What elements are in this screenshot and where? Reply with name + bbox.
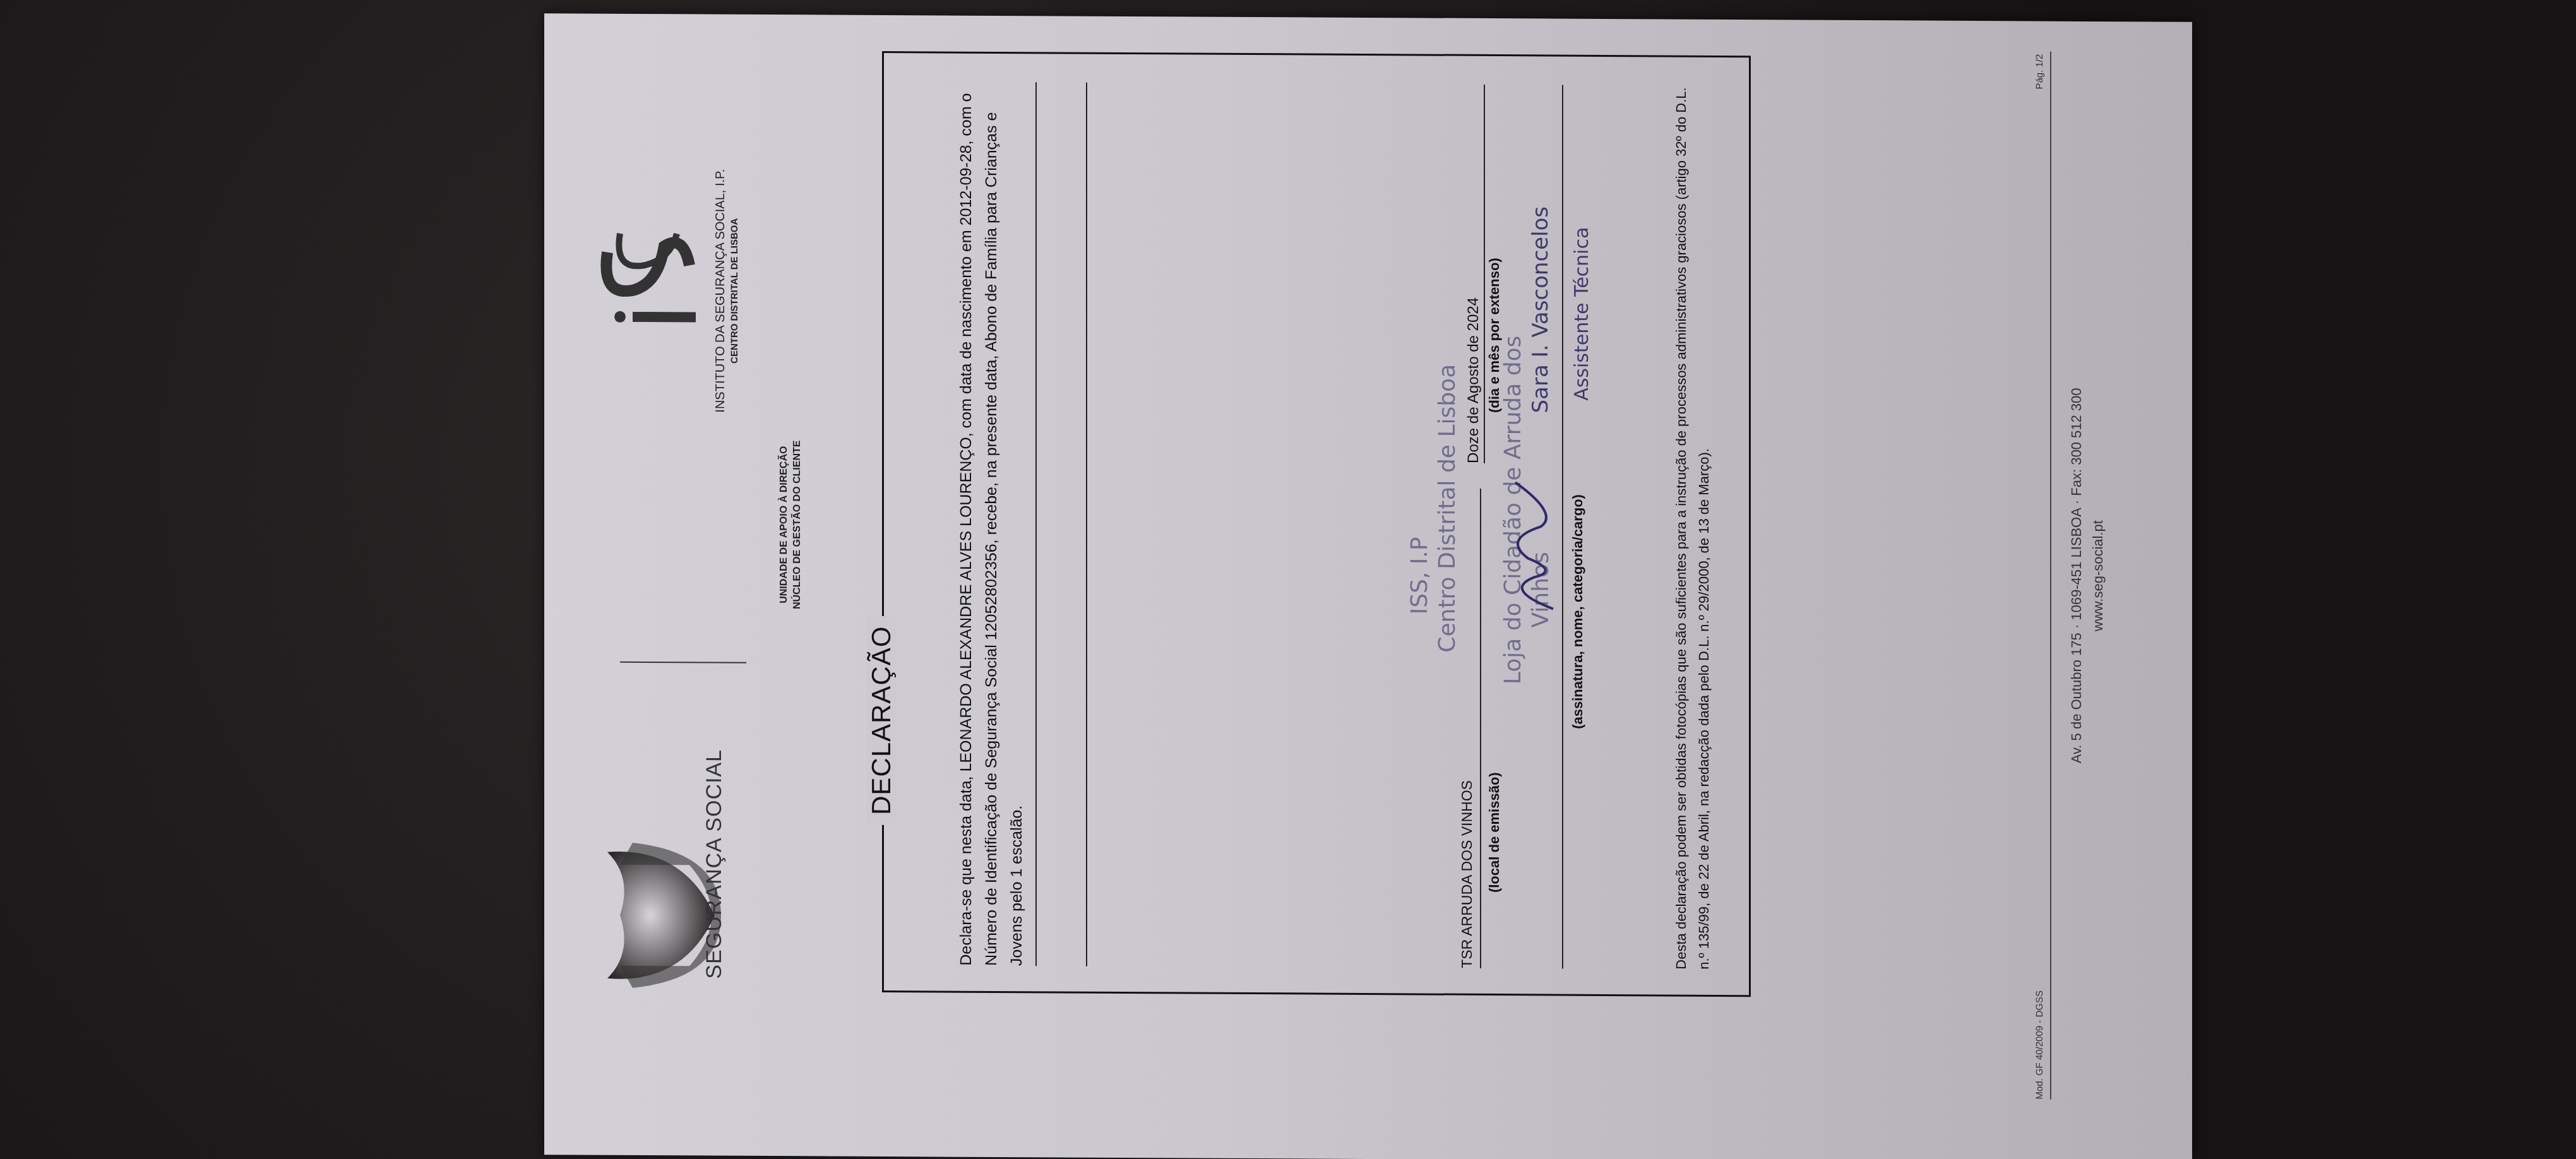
footer-address-block: Av. 5 de Outubro 175 · 1069-451 LISBOA ·… [2066,52,2109,1100]
institute-text: INSTITUTO DA SEGURANÇA SOCIAL, I.P. [713,169,727,413]
signatory-role: Assistente Técnica [1571,227,1593,401]
footer-website: www.seg-social.pt [2087,52,2109,1100]
stamp-line-1: ISS, I.P [1407,537,1433,614]
document-title: DECLARAÇÃO [866,615,897,825]
signature-icon [1490,476,1566,615]
declaration-frame: DECLARAÇÃO Declara-se que nesta data, LE… [882,51,1751,997]
issue-place-label: (local de emissão) [1486,772,1503,893]
unit-line-1: UNIDADE DE APOIO À DIREÇÃO [778,335,791,714]
brand-text: SEGURANÇA SOCIAL [702,749,727,979]
declaration-body: Declara-se que nesta data, LEONARDO ALEX… [953,82,1029,966]
blank-line [1086,83,1087,966]
unit-name: UNIDADE DE APOIO À DIREÇÃO NÚCLEO DE GES… [778,335,804,714]
paper-sheet: SEGURANÇA SOCIAL INSTITUTO DA SEGURANÇA … [544,13,2192,1159]
footer-divider [2050,52,2051,1100]
issue-place: TSR ARRUDA DOS VINHOS [1458,780,1476,968]
page-number: Pág. 1/2 [2034,54,2045,90]
signatory-name: Sara I. Vasconcelos [1528,206,1553,413]
photocopy-note: Desta declaração podem ser obtidas fotoc… [1670,86,1715,970]
signature-label: (assinatura, nome, categoria/cargo) [1570,494,1586,729]
letterhead: SEGURANÇA SOCIAL INSTITUTO DA SEGURANÇA … [595,170,759,992]
stamp-line-2: Centro Distrital de Lisboa [1434,364,1460,653]
iss-logo-icon [595,227,702,329]
blank-line [1035,82,1037,966]
issue-date-line [1484,85,1485,463]
unit-line-2: NÚCLEO DE GESTÃO DO CLIENTE [791,335,804,714]
header-divider [620,662,746,663]
form-code: Mod. GF 40/2009 - DGSS [2034,990,2045,1100]
institute-name: INSTITUTO DA SEGURANÇA SOCIAL, I.P. CENT… [712,108,741,474]
district-text: CENTRO DISTRITAL DE LISBOA [729,108,741,474]
declaration-page: SEGURANÇA SOCIAL INSTITUTO DA SEGURANÇA … [544,13,2192,1159]
footer-address: Av. 5 de Outubro 175 · 1069-451 LISBOA ·… [2066,52,2087,1100]
issue-place-line [1480,489,1481,968]
issue-date: Doze de Agosto de 2024 [1465,297,1482,463]
signature-line [1562,85,1563,969]
